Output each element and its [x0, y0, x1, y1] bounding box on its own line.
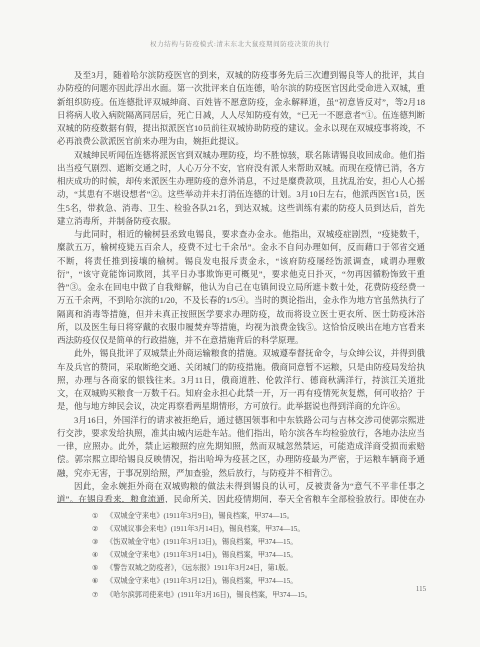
- book-page: 权力结构与防疫模式:清末东北大鼠疫期间防疫决策的执行 及至3月，随着哈尔滨防疫医…: [0, 0, 480, 647]
- footnote-area: ① 《双城金守来电》(1911年3月9日)，锡良档案，甲374—15。 ② 《双…: [57, 502, 425, 602]
- body-text: 及至3月，随着哈尔滨防疫医官的到来，双城的防疫事务先后三次遭到锡良等人的批评，其…: [57, 69, 425, 503]
- paragraph-5: 3月16日，外国洋行的请求被拒绝后，通过德国领事和中东铁路公司与吉林交涉司使郭宗…: [57, 414, 425, 480]
- footnote-marker: ⑥: [92, 575, 106, 588]
- footnote-marker: ②: [92, 523, 106, 536]
- footnote-marker: ⑦: [92, 589, 106, 602]
- footnote-7: ⑦ 《哈尔滨郭司使来电》(1911年3月16日)，锡良档案，甲374—15。: [57, 589, 425, 602]
- paragraph-6: 因此，金永婉拒外商在双城购粮的做法未得到锡良的认可，反被责备为“意气不平非任事之…: [57, 480, 425, 503]
- footnote-text: 《双城议事会来电》(1911年3月14日)，锡良档案，甲374—15。: [106, 523, 425, 536]
- paragraph-1: 及至3月，随着哈尔滨防疫医官的到来，双城的防疫事务先后三次遭到锡良等人的批评，其…: [57, 69, 425, 149]
- footnote-5: ⑤ 《警告双城之防疫者》，《远东报》1911年3月24日，第1版。: [57, 562, 425, 575]
- page-number: 115: [406, 585, 436, 593]
- footnote-separator: [57, 502, 163, 503]
- footnote-list: ① 《双城金守来电》(1911年3月9日)，锡良档案，甲374—15。 ② 《双…: [57, 510, 425, 602]
- footnote-text: 《双城金守来电》(1911年3月12日)，锡良档案，甲374—15。: [106, 575, 425, 588]
- footnote-3: ③ 《饬双城金守电》(1911年3月13日)，锡良档案，甲374—15。: [57, 536, 425, 549]
- footnote-marker: ③: [92, 536, 106, 549]
- footnote-marker: ⑤: [92, 562, 106, 575]
- footnote-4: ④ 《双城金守来电》(1911年3月14日)，锡良档案，甲374—15。: [57, 549, 425, 562]
- footnote-2: ② 《双城议事会来电》(1911年3月14日)，锡良档案，甲374—15。: [57, 523, 425, 536]
- footnote-1: ① 《双城金守来电》(1911年3月9日)，锡良档案，甲374—15。: [57, 510, 425, 523]
- footnote-text: 《哈尔滨郭司使来电》(1911年3月16日)，锡良档案，甲374—15。: [106, 589, 425, 602]
- footnote-text: 《双城金守来电》(1911年3月9日)，锡良档案，甲374—15。: [106, 510, 425, 523]
- paragraph-3: 与此同时，相近的榆树县丞致电锡良，要求查办金永。他指出，双城疫症剧烈，“疫毙数千…: [57, 228, 425, 347]
- footnote-marker: ④: [92, 549, 106, 562]
- paragraph-4: 此外，锡良批评了双城禁止外商运输粮食的措施。双城遵奉督抚命令，与众绅公议，并得到…: [57, 347, 425, 413]
- footnote-6: ⑥ 《双城金守来电》(1911年3月12日)，锡良档案，甲374—15。: [57, 575, 425, 588]
- paragraph-2: 双城绅民听闻伍连德将派医官到双城办理防疫，均不胜惊骇，联名陈请锡良收回成命。他们…: [57, 149, 425, 229]
- footnote-text: 《警告双城之防疫者》，《远东报》1911年3月24日，第1版。: [106, 562, 425, 575]
- footnote-text: 《双城金守来电》(1911年3月14日)，锡良档案，甲374—15。: [106, 549, 425, 562]
- footnote-marker: ①: [92, 510, 106, 523]
- footnote-text: 《饬双城金守电》(1911年3月13日)，锡良档案，甲374—15。: [106, 536, 425, 549]
- running-header: 权力结构与防疫模式:清末东北大鼠疫期间防疫决策的执行: [0, 39, 480, 48]
